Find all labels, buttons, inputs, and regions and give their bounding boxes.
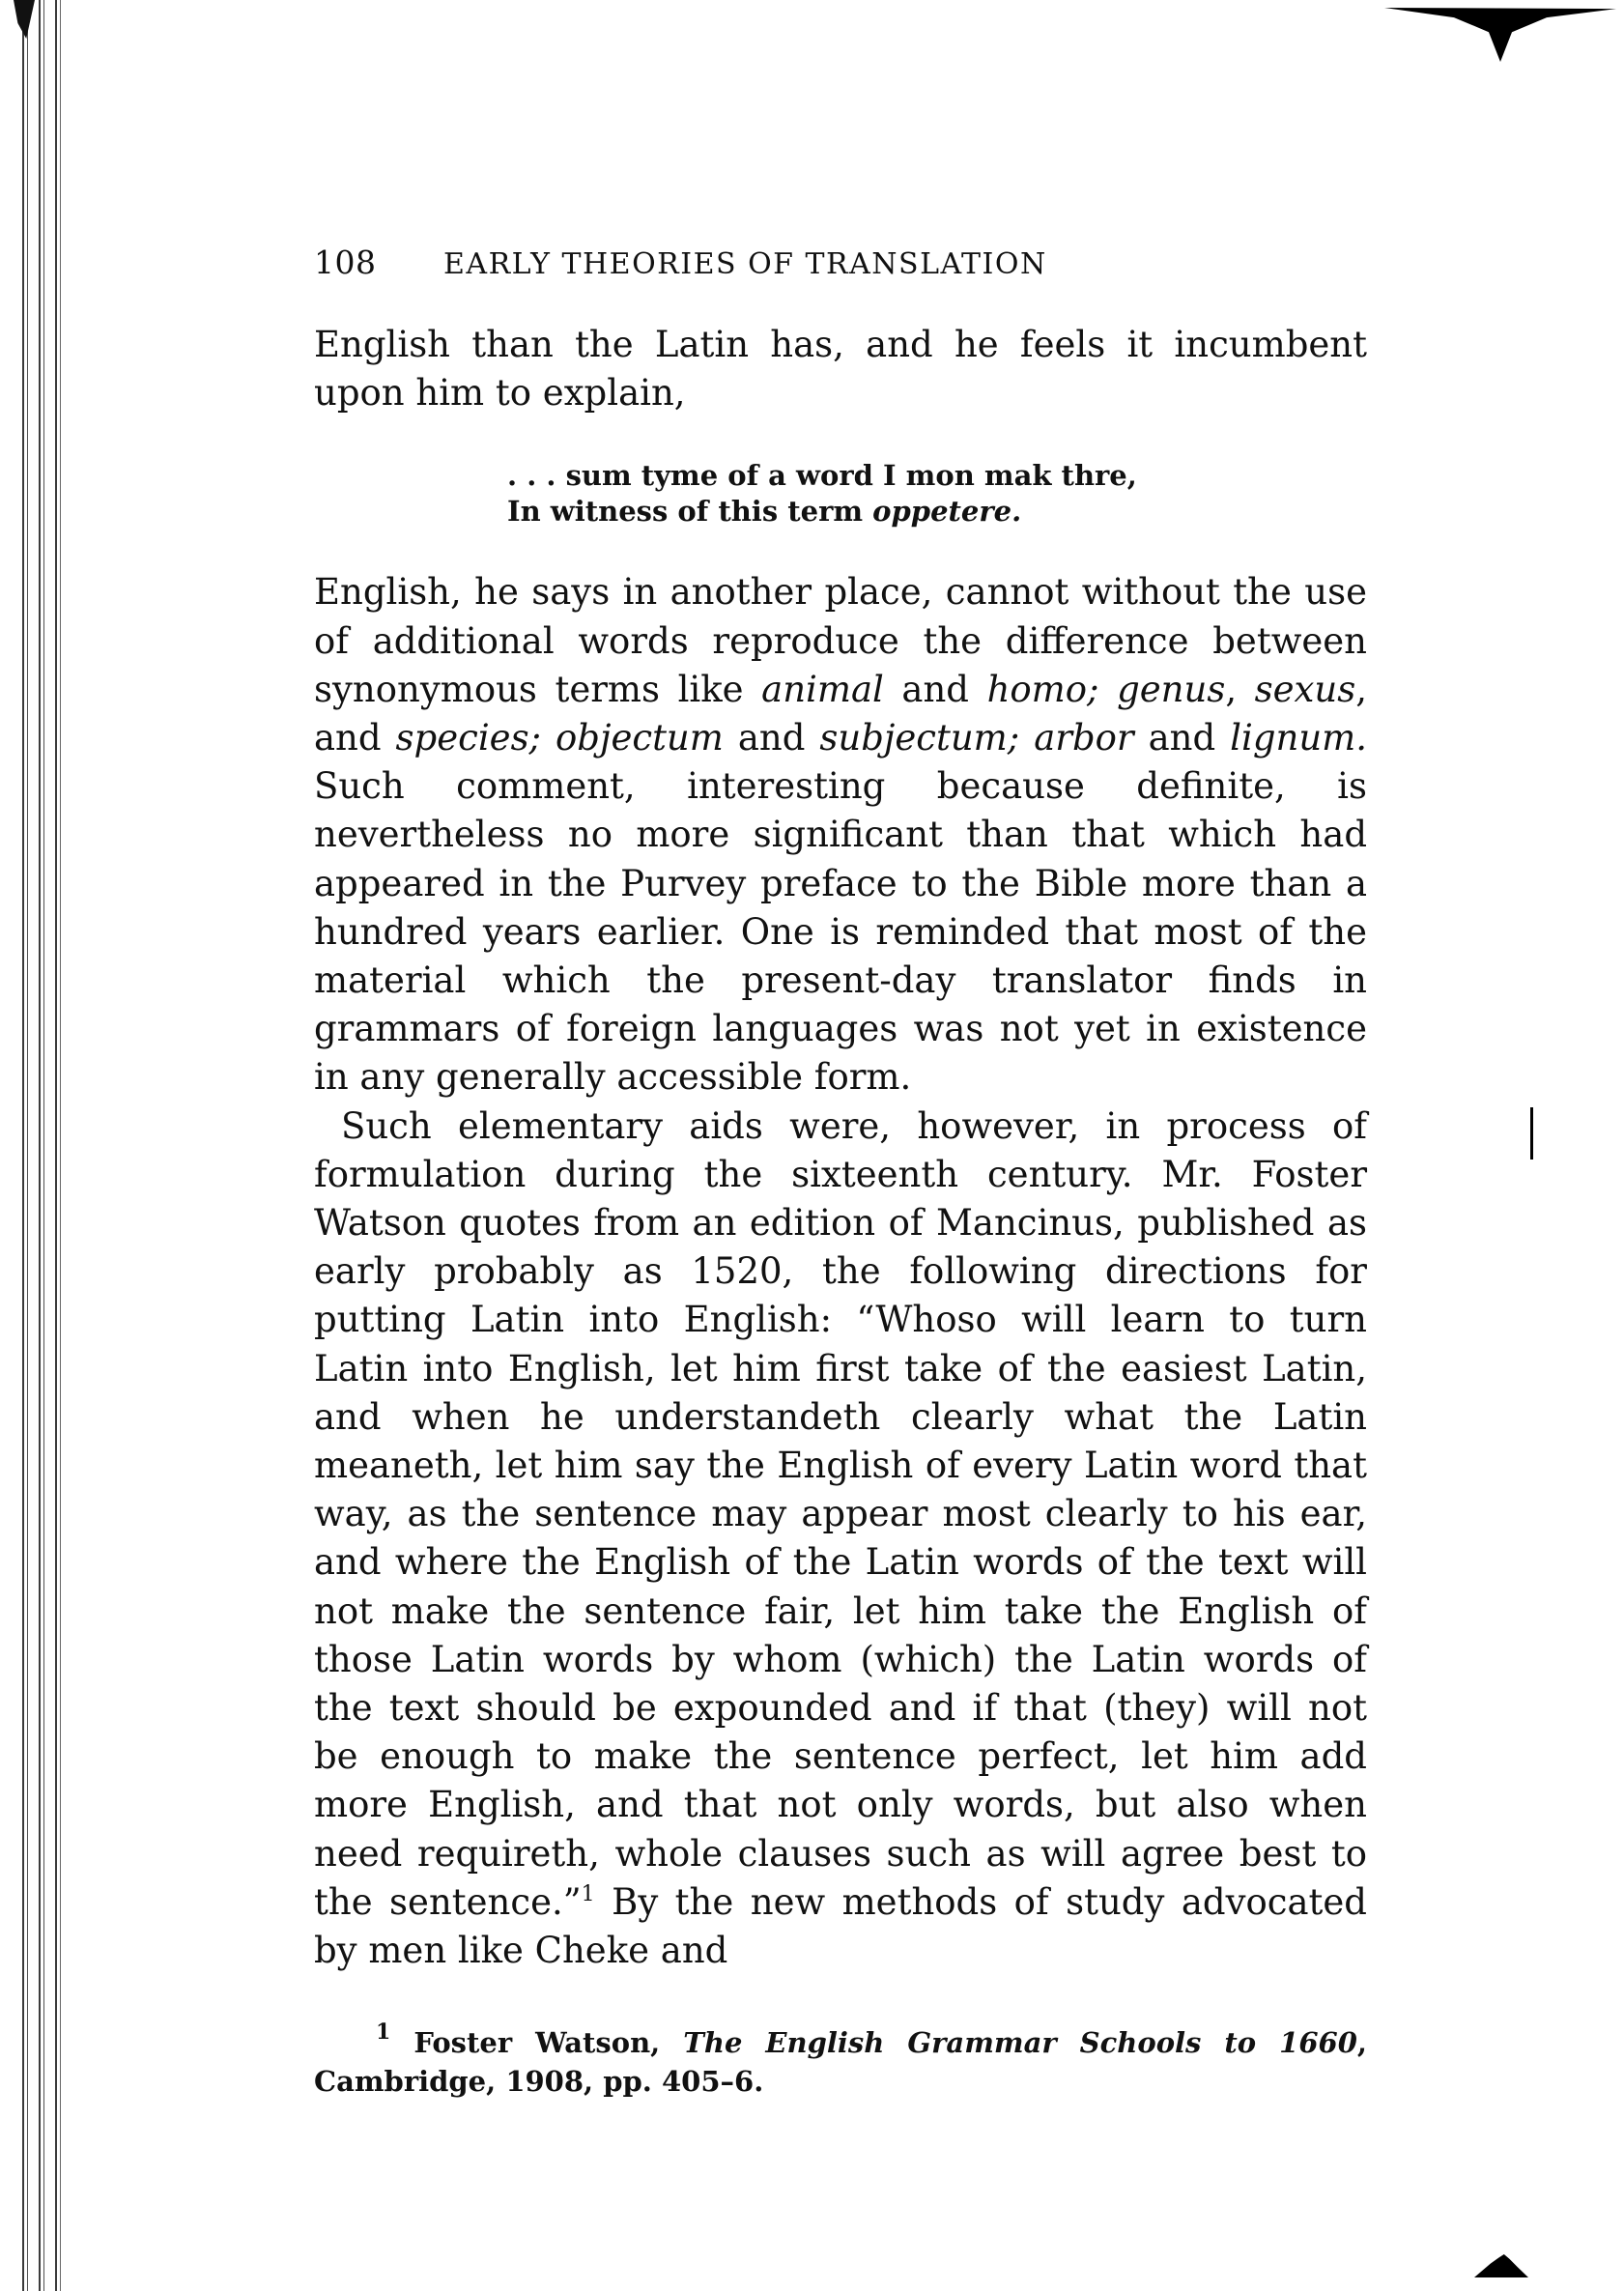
body-text: English than the Latin has, and he feels…	[314, 321, 1367, 1975]
verse-line-2-text: In witness of this term	[507, 495, 863, 528]
running-head: 108 EARLY THEORIES OF TRANSLATION	[314, 243, 1367, 290]
p2-conj: and	[884, 669, 987, 710]
term-subjectum: subjectum;	[819, 717, 1019, 759]
term-objectum: objectum	[556, 717, 724, 759]
p2-space	[1099, 669, 1118, 710]
term-lignum: lignum.	[1230, 717, 1367, 759]
term-sexus: sexus	[1255, 669, 1356, 710]
term-homo: homo;	[987, 669, 1099, 710]
footnote: 1 Foster Watson, The English Grammar Sch…	[314, 2023, 1367, 2101]
p2-comma: ,	[1225, 669, 1254, 710]
book-binding-edge	[0, 0, 68, 2291]
p2-conj: and	[724, 717, 820, 759]
scan-corner-mark-top	[1384, 8, 1616, 62]
running-head-title: EARLY THEORIES OF TRANSLATION	[443, 247, 1047, 281]
verse-line-1: . . . sum tyme of a word I mon mak thre,	[507, 458, 1367, 494]
term-arbor: arbor	[1034, 717, 1133, 759]
footnote-reference[interactable]: 1	[582, 1882, 595, 1906]
p3-text-a: Such elementary aids were, however, in p…	[314, 1105, 1367, 1923]
term-genus: genus	[1117, 669, 1225, 710]
p2-text-b: Such comment, interesting because defini…	[314, 765, 1367, 1098]
paragraph-1: English than the Latin has, and he feels…	[314, 321, 1367, 417]
verse-italic-term: oppetere.	[872, 495, 1021, 528]
paragraph-2: English, he says in another place, canno…	[314, 568, 1367, 1102]
footnote-author: Foster Watson,	[390, 2026, 683, 2059]
margin-mark	[1530, 1107, 1533, 1160]
footnote-marker: 1	[376, 2019, 390, 2045]
verse-line-2: In witness of this term oppetere.	[507, 494, 1367, 530]
p2-conj: and	[1134, 717, 1231, 759]
footnote-book-title: The English Grammar Schools to 1660	[683, 2026, 1357, 2059]
p2-space	[541, 717, 556, 759]
term-species: species;	[396, 717, 541, 759]
book-page: 108 EARLY THEORIES OF TRANSLATION Englis…	[314, 243, 1367, 2129]
term-animal: animal	[761, 669, 884, 710]
p2-space	[1019, 717, 1034, 759]
verse-quotation: . . . sum tyme of a word I mon mak thre,…	[507, 458, 1367, 530]
paragraph-3: Such elementary aids were, however, in p…	[314, 1103, 1367, 1976]
scan-corner-mark-bottom	[1474, 2254, 1528, 2277]
page-number: 108	[314, 243, 443, 281]
